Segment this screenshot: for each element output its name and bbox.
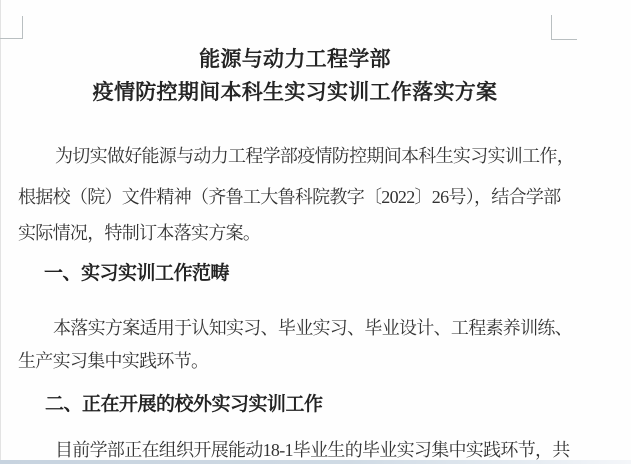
text-boundary-crop-mark-top-left [0,16,23,39]
paragraph-2-line-2: 生产实习集中实践环节。 [18,351,208,371]
paragraph-1-line-3: 实际情况，特制订本落实方案。 [18,223,260,243]
text-boundary-crop-mark-top-right [551,15,577,40]
paragraph-1-line-1: 为切实做好能源与动力工程学部疫情防控期间本科生实习实训工作， [55,146,574,166]
document-page: 能源与动力工程学部 疫情防控期间本科生实习实训工作落实方案 为切实做好能源与动力… [0,0,631,464]
paragraph-2-line-1: 本落实方案适用于认知实习、毕业实习、毕业设计、工程素养训练、 [53,318,572,338]
section-heading-1: 一、实习实训工作范畴 [44,263,229,284]
paragraph-1-line-2: 根据校（院）文件精神（齐鲁工大鲁科院教字〔2022〕26号），结合学部 [18,187,561,207]
window-edge-sliver [0,460,631,464]
document-title-line-2: 疫情防控期间本科生实习实训工作落实方案 [0,81,590,105]
document-title-line-1: 能源与动力工程学部 [0,48,590,72]
section-heading-2: 二、正在开展的校外实习实训工作 [45,394,323,415]
paragraph-3-line-1: 目前学部正在组织开展能动18-1毕业生的毕业实习集中实践环节，共 [55,440,570,460]
